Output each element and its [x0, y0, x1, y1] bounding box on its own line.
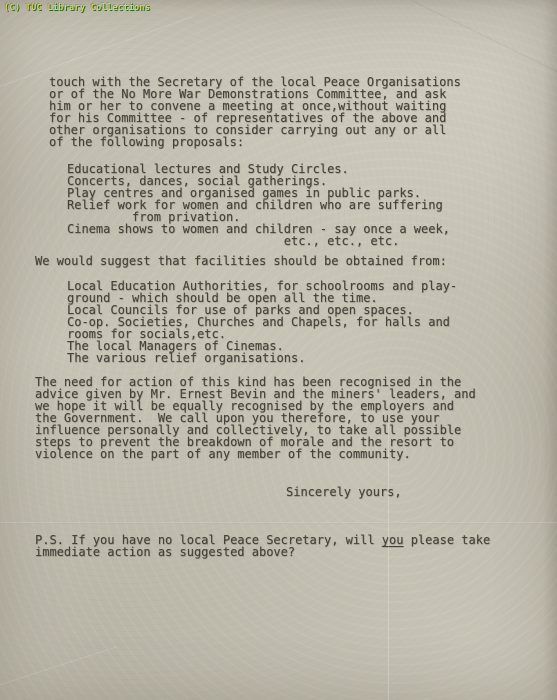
closing-paragraph: The need for action of this kind has bee…: [35, 376, 476, 460]
postscript-line2: immediate action as suggested above?: [35, 545, 295, 559]
proposals-list: Educational lectures and Study Circles. …: [67, 163, 450, 247]
diagonal-crease-bottom-left: [0, 646, 117, 690]
postscript: P.S. If you have no local Peace Secretar…: [35, 534, 490, 558]
letter-page: (C) TUC Library Collections touch with t…: [0, 0, 557, 700]
postscript-line1-suffix: please take: [403, 533, 490, 547]
horizontal-fold-crease: [0, 522, 557, 524]
postscript-underlined-you: you: [382, 533, 404, 547]
opening-paragraph: touch with the Secretary of the local Pe…: [49, 76, 461, 148]
signoff: Sincerely yours,: [286, 486, 402, 498]
facilities-list: Local Education Authorities, for schoolr…: [67, 280, 457, 364]
facilities-intro-line: We would suggest that facilities should …: [35, 255, 447, 267]
copyright-watermark: (C) TUC Library Collections: [4, 3, 150, 13]
